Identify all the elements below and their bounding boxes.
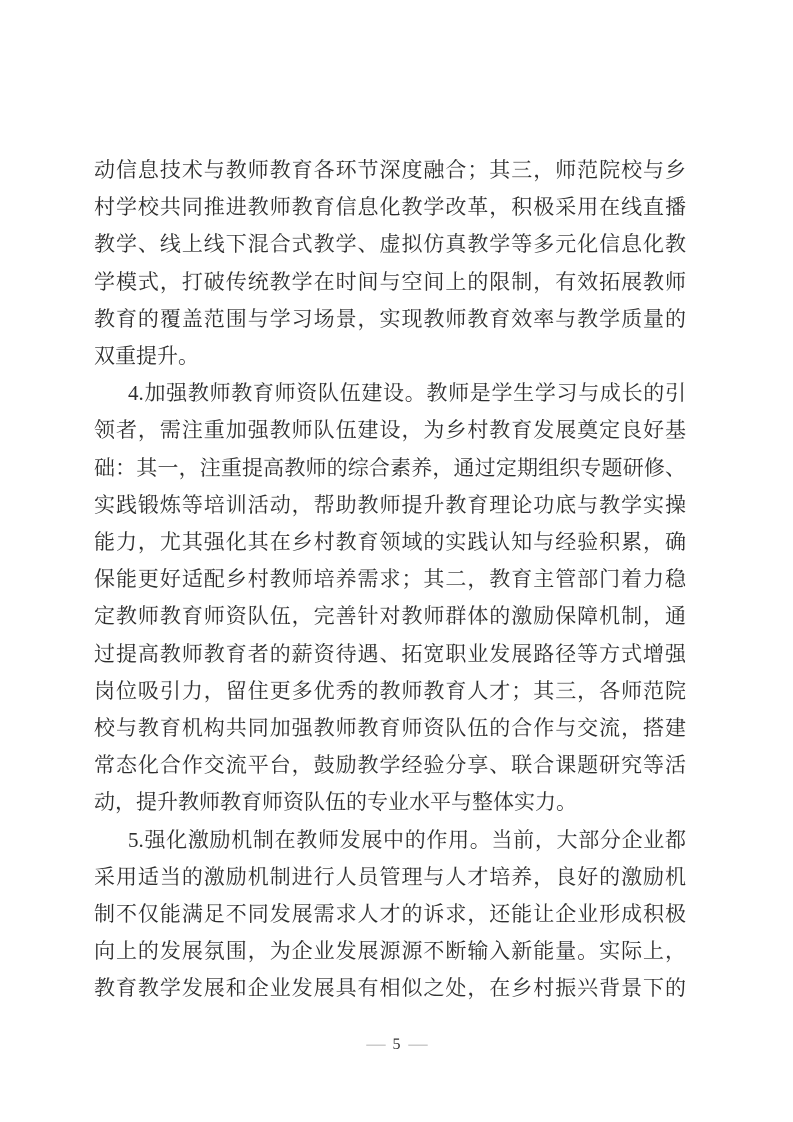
page-footer: —5—: [0, 1035, 793, 1055]
text-line: 保能更好适配乡村教师培养需求；其二，教育主管部门着力稳: [94, 561, 686, 598]
text-line: 教育教学发展和企业发展具有相似之处，在乡村振兴背景下的: [94, 970, 686, 1007]
text-line: 领者，需注重加强教师队伍建设，为乡村教育发展奠定良好基: [94, 412, 686, 449]
text-line: 4.加强教师教育师资队伍建设。教师是学生学习与成长的引: [94, 375, 686, 412]
text-line: 5.强化激励机制在教师发展中的作用。当前，大部分企业都: [94, 822, 686, 859]
text-line: 动信息技术与教师教育各环节深度融合；其三，师范院校与乡: [94, 152, 686, 189]
text-line: 教学、线上线下混合式教学、虚拟仿真教学等多元化信息化教: [94, 226, 686, 263]
text-line: 实践锻炼等培训活动，帮助教师提升教育理论功底与教学实操: [94, 487, 686, 524]
page-number: 5: [393, 1035, 401, 1055]
text-line: 础：其一，注重提高教师的综合素养，通过定期组织专题研修、: [94, 450, 686, 487]
document-text-block: 动信息技术与教师教育各环节深度融合；其三，师范院校与乡村学校共同推进教师教育信息…: [94, 152, 686, 1008]
text-line: 教育的覆盖范围与学习场景，实现教师教育效率与教学质量的: [94, 301, 686, 338]
text-line: 采用适当的激励机制进行人员管理与人才培养，良好的激励机: [94, 859, 686, 896]
footer-right-dash: —: [408, 1035, 427, 1055]
text-line: 能力，尤其强化其在乡村教育领域的实践认知与经验积累，确: [94, 524, 686, 561]
text-line: 过提高教师教育者的薪资待遇、拓宽职业发展路径等方式增强: [94, 636, 686, 673]
text-line: 校与教育机构共同加强教师教育师资队伍的合作与交流，搭建: [94, 710, 686, 747]
text-line: 双重提升。: [94, 338, 686, 375]
text-line: 向上的发展氛围，为企业发展源源不断输入新能量。实际上，: [94, 933, 686, 970]
text-line: 学模式，打破传统教学在时间与空间上的限制，有效拓展教师: [94, 264, 686, 301]
text-line: 动，提升教师教育师资队伍的专业水平与整体实力。: [94, 784, 686, 821]
text-line: 制不仅能满足不同发展需求人才的诉求，还能让企业形成积极: [94, 896, 686, 933]
text-line: 岗位吸引力，留住更多优秀的教师教育人才；其三，各师范院: [94, 673, 686, 710]
text-line: 村学校共同推进教师教育信息化教学改革，积极采用在线直播: [94, 189, 686, 226]
text-line: 常态化合作交流平台，鼓励教学经验分享、联合课题研究等活: [94, 747, 686, 784]
document-page: 动信息技术与教师教育各环节深度融合；其三，师范院校与乡村学校共同推进教师教育信息…: [0, 0, 793, 1122]
text-line: 定教师教育师资队伍，完善针对教师群体的激励保障机制，通: [94, 598, 686, 635]
footer-left-dash: —: [366, 1035, 385, 1055]
